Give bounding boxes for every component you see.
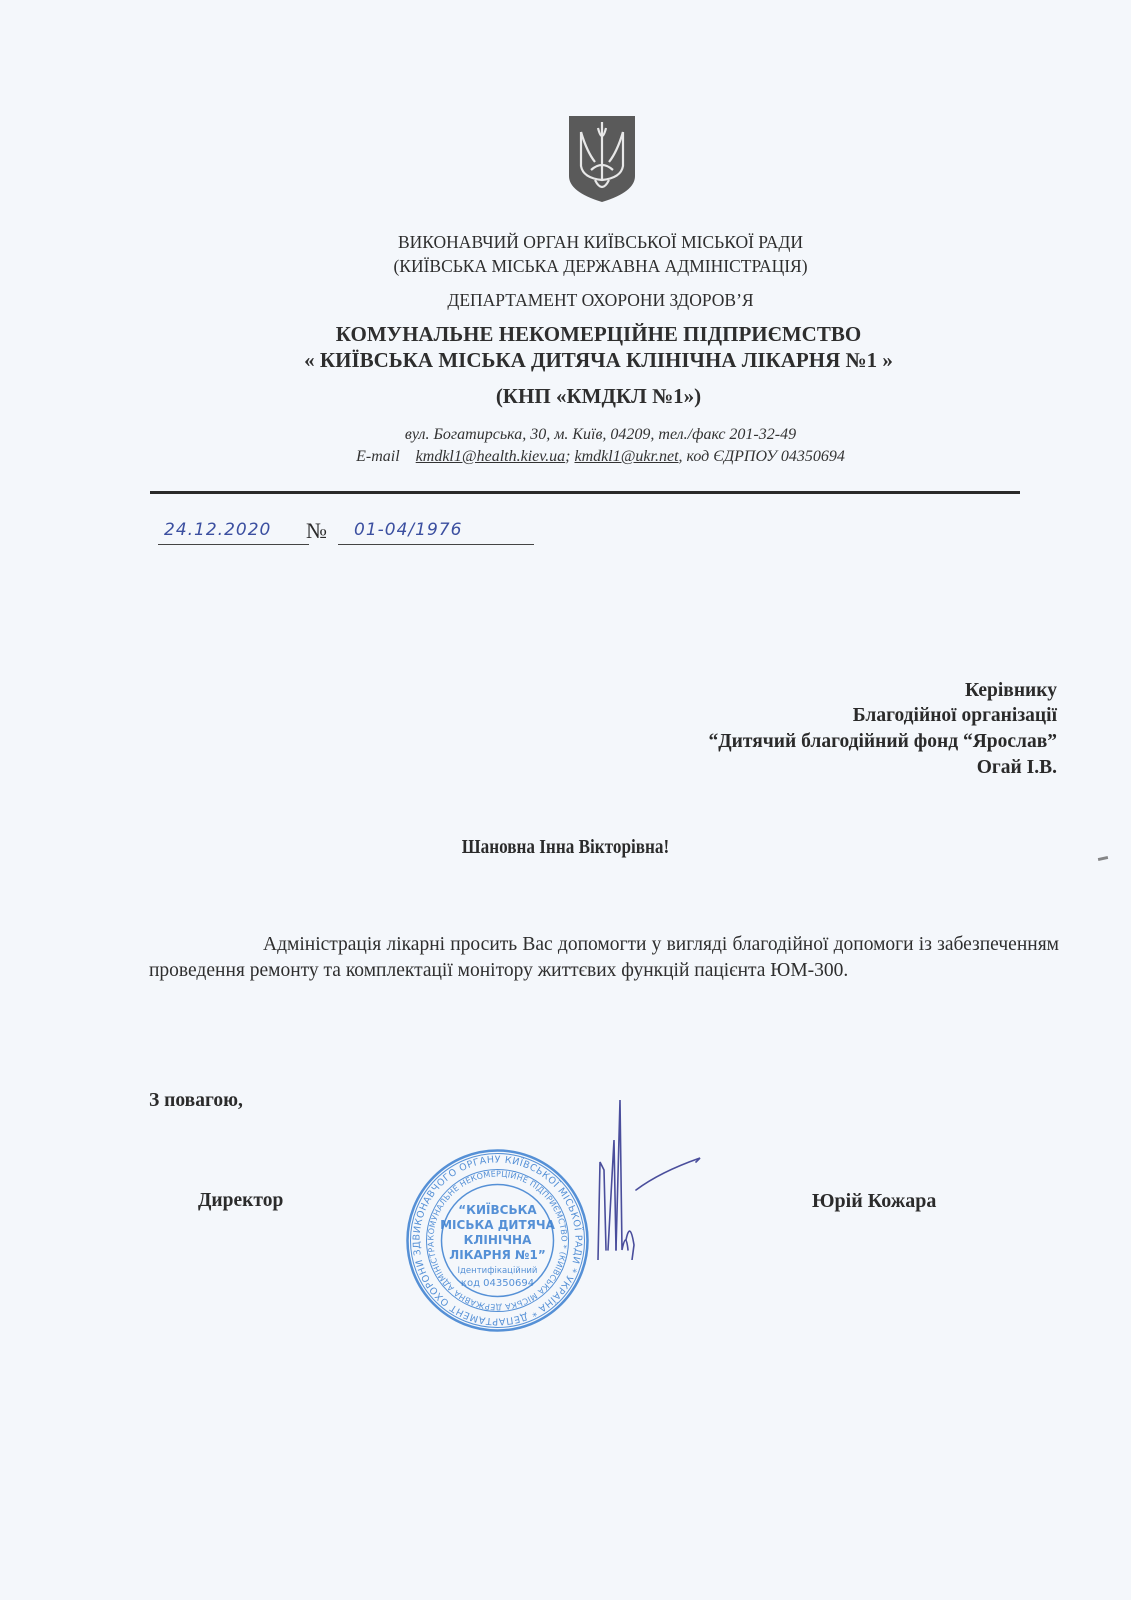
stamp-center-line-4: ЛІКАРНЯ №1” — [449, 1248, 545, 1262]
recipient-title: Керівнику — [965, 680, 1057, 702]
email-separator: ; — [565, 448, 570, 465]
email-link-health[interactable]: kmdkl1@health.kiev.ua — [416, 448, 565, 465]
scan-mark — [1098, 856, 1108, 861]
signer-name: Юрій Кожара — [812, 1190, 936, 1213]
handwritten-signature — [590, 1100, 720, 1260]
closing: З повагою, — [149, 1090, 243, 1112]
organization-name: « КИЇВСЬКА МІСЬКА ДИТЯЧА КЛІНІЧНА ЛІКАРН… — [33, 348, 1131, 373]
stamp-center-line-2: МІСЬКА ДИТЯЧА — [440, 1218, 555, 1232]
trident-coat-of-arms-icon — [567, 114, 637, 204]
recipient-organization-name: “Дитячий благодійний фонд “Ярослав” — [709, 731, 1058, 753]
email-link-ukrnet[interactable]: kmdkl1@ukr.net — [574, 448, 678, 465]
signer-position: Директор — [198, 1190, 283, 1212]
edrpou-code: , код ЄДРПОУ 04350694 — [679, 448, 845, 465]
header-divider — [150, 491, 1020, 494]
letterhead-line-2: (КИЇВСЬКА МІСЬКА ДЕРЖАВНА АДМІНІСТРАЦІЯ) — [35, 256, 1131, 277]
letter-body: Адміністрація лікарні просить Вас допомо… — [149, 932, 1059, 984]
organization-type: КОМУНАЛЬНЕ НЕКОМЕРЦІЙНЕ ПІДПРИЄМСТВО — [33, 322, 1131, 347]
recipient-organization-type: Благодійної організації — [853, 705, 1057, 727]
address-line: вул. Богатирська, 30, м. Київ, 04209, те… — [35, 426, 1131, 444]
number-sign: № — [306, 518, 327, 544]
registration-number: 01-04/1976 — [338, 520, 534, 545]
organization-short-name: (КНП «КМДКЛ №1») — [33, 384, 1131, 409]
salutation: Шановна Інна Вікторівна! — [68, 837, 1063, 859]
recipient-name: Огай І.В. — [977, 757, 1057, 779]
contact-line: E-mail kmdkl1@health.kiev.ua; kmdkl1@ukr… — [35, 448, 1131, 466]
official-stamp: ВИКОНАВЧОГО ОРГАНУ КИЇВСЬКОЇ МІСЬКОЇ РАД… — [405, 1148, 590, 1333]
department-name: ДЕПАРТАМЕНТ ОХОРОНИ ЗДОРОВ’Я — [35, 290, 1131, 311]
registration-date: 24.12.2020 — [158, 520, 309, 545]
stamp-id-label: Ідентифікаційний — [458, 1266, 538, 1276]
stamp-id-code: код 04350694 — [461, 1278, 534, 1289]
letterhead-line-1: ВИКОНАВЧИЙ ОРГАН КИЇВСЬКОЇ МІСЬКОЇ РАДИ — [35, 232, 1131, 253]
stamp-center-line-1: “КИЇВСЬКА — [458, 1202, 537, 1217]
email-label: E-mail — [356, 448, 400, 465]
stamp-center-line-3: КЛІНІЧНА — [464, 1233, 532, 1247]
